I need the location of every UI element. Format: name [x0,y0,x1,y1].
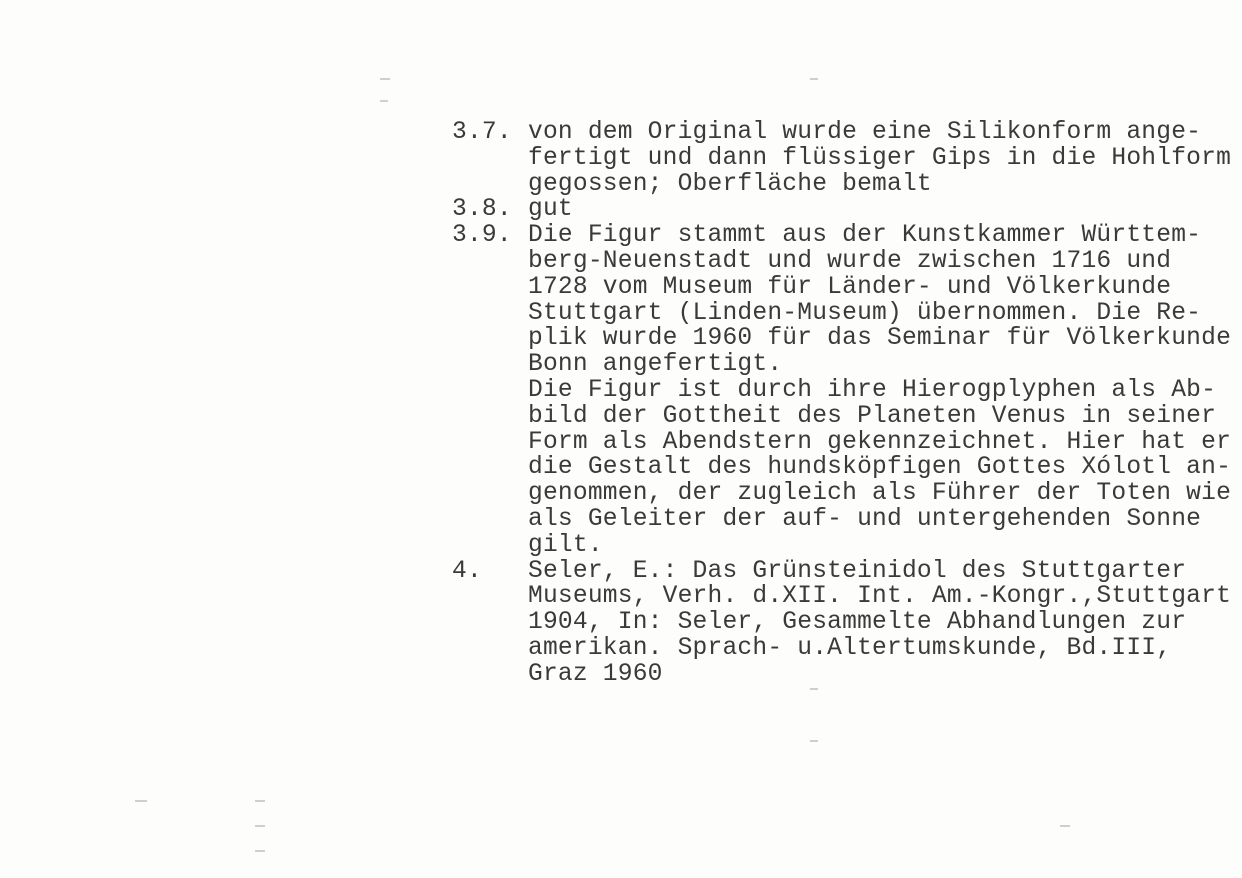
entry-number: 3.8. [452,197,528,223]
text-line: plik wurde 1960 für das Seminar für Völk… [528,326,1242,352]
scan-speck [255,850,265,852]
scan-speck [380,78,390,80]
scan-speck [255,800,265,802]
text-line: amerikan. Sprach- u.Altertumskunde, Bd.I… [528,636,1242,662]
document-body: 3.7. von dem Original wurde eine Silikon… [452,120,1242,688]
entry-3-8: 3.8. gut [452,197,1242,223]
text-line: 1728 vom Museum für Länder- und Völkerku… [528,275,1242,301]
scan-speck [810,740,818,742]
text-line: Die Figur ist durch ihre Hierogplyphen a… [528,378,1242,404]
entry-text: Die Figur stammt aus der Kunstkammer Wür… [528,223,1242,558]
text-line: bild der Gottheit des Planeten Venus in … [528,404,1242,430]
scan-speck [255,825,265,827]
scan-speck [1060,825,1070,827]
entry-number: 4. [452,559,528,688]
text-line: genommen, der zugleich als Führer der To… [528,481,1242,507]
text-line: Seler, E.: Das Grünsteinidol des Stuttga… [528,559,1242,585]
text-line: gilt. [528,533,1242,559]
entry-text: Seler, E.: Das Grünsteinidol des Stuttga… [528,559,1242,688]
entry-text: von dem Original wurde eine Silikonform … [528,120,1242,197]
scan-speck [380,100,388,102]
text-line: Museums, Verh. d.XII. Int. Am.-Kongr.,St… [528,584,1242,610]
text-line: Die Figur stammt aus der Kunstkammer Wür… [528,223,1242,249]
entry-number: 3.7. [452,120,528,197]
entry-3-7: 3.7. von dem Original wurde eine Silikon… [452,120,1242,197]
text-line: berg-Neuenstadt und wurde zwischen 1716 … [528,249,1242,275]
text-line: als Geleiter der auf- und untergehenden … [528,507,1242,533]
text-line: die Gestalt des hundsköpfigen Gottes Xól… [528,455,1242,481]
text-line: gut [528,197,1242,223]
scan-speck [810,78,818,80]
text-line: 1904, In: Seler, Gesammelte Abhandlungen… [528,610,1242,636]
text-line: Form als Abendstern gekennzeichnet. Hier… [528,430,1242,456]
text-line: von dem Original wurde eine Silikonform … [528,120,1242,146]
scan-speck [135,800,147,802]
entry-4: 4. Seler, E.: Das Grünsteinidol des Stut… [452,559,1242,688]
scan-speck [810,688,818,690]
text-line: gegossen; Oberfläche bemalt [528,172,1242,198]
text-line: Stuttgart (Linden-Museum) übernommen. Di… [528,301,1242,327]
entry-number: 3.9. [452,223,528,558]
text-line: fertigt und dann flüssiger Gips in die H… [528,146,1242,172]
entry-text: gut [528,197,1242,223]
entry-3-9: 3.9. Die Figur stammt aus der Kunstkamme… [452,223,1242,558]
text-line: Bonn angefertigt. [528,352,1242,378]
text-line: Graz 1960 [528,662,1242,688]
